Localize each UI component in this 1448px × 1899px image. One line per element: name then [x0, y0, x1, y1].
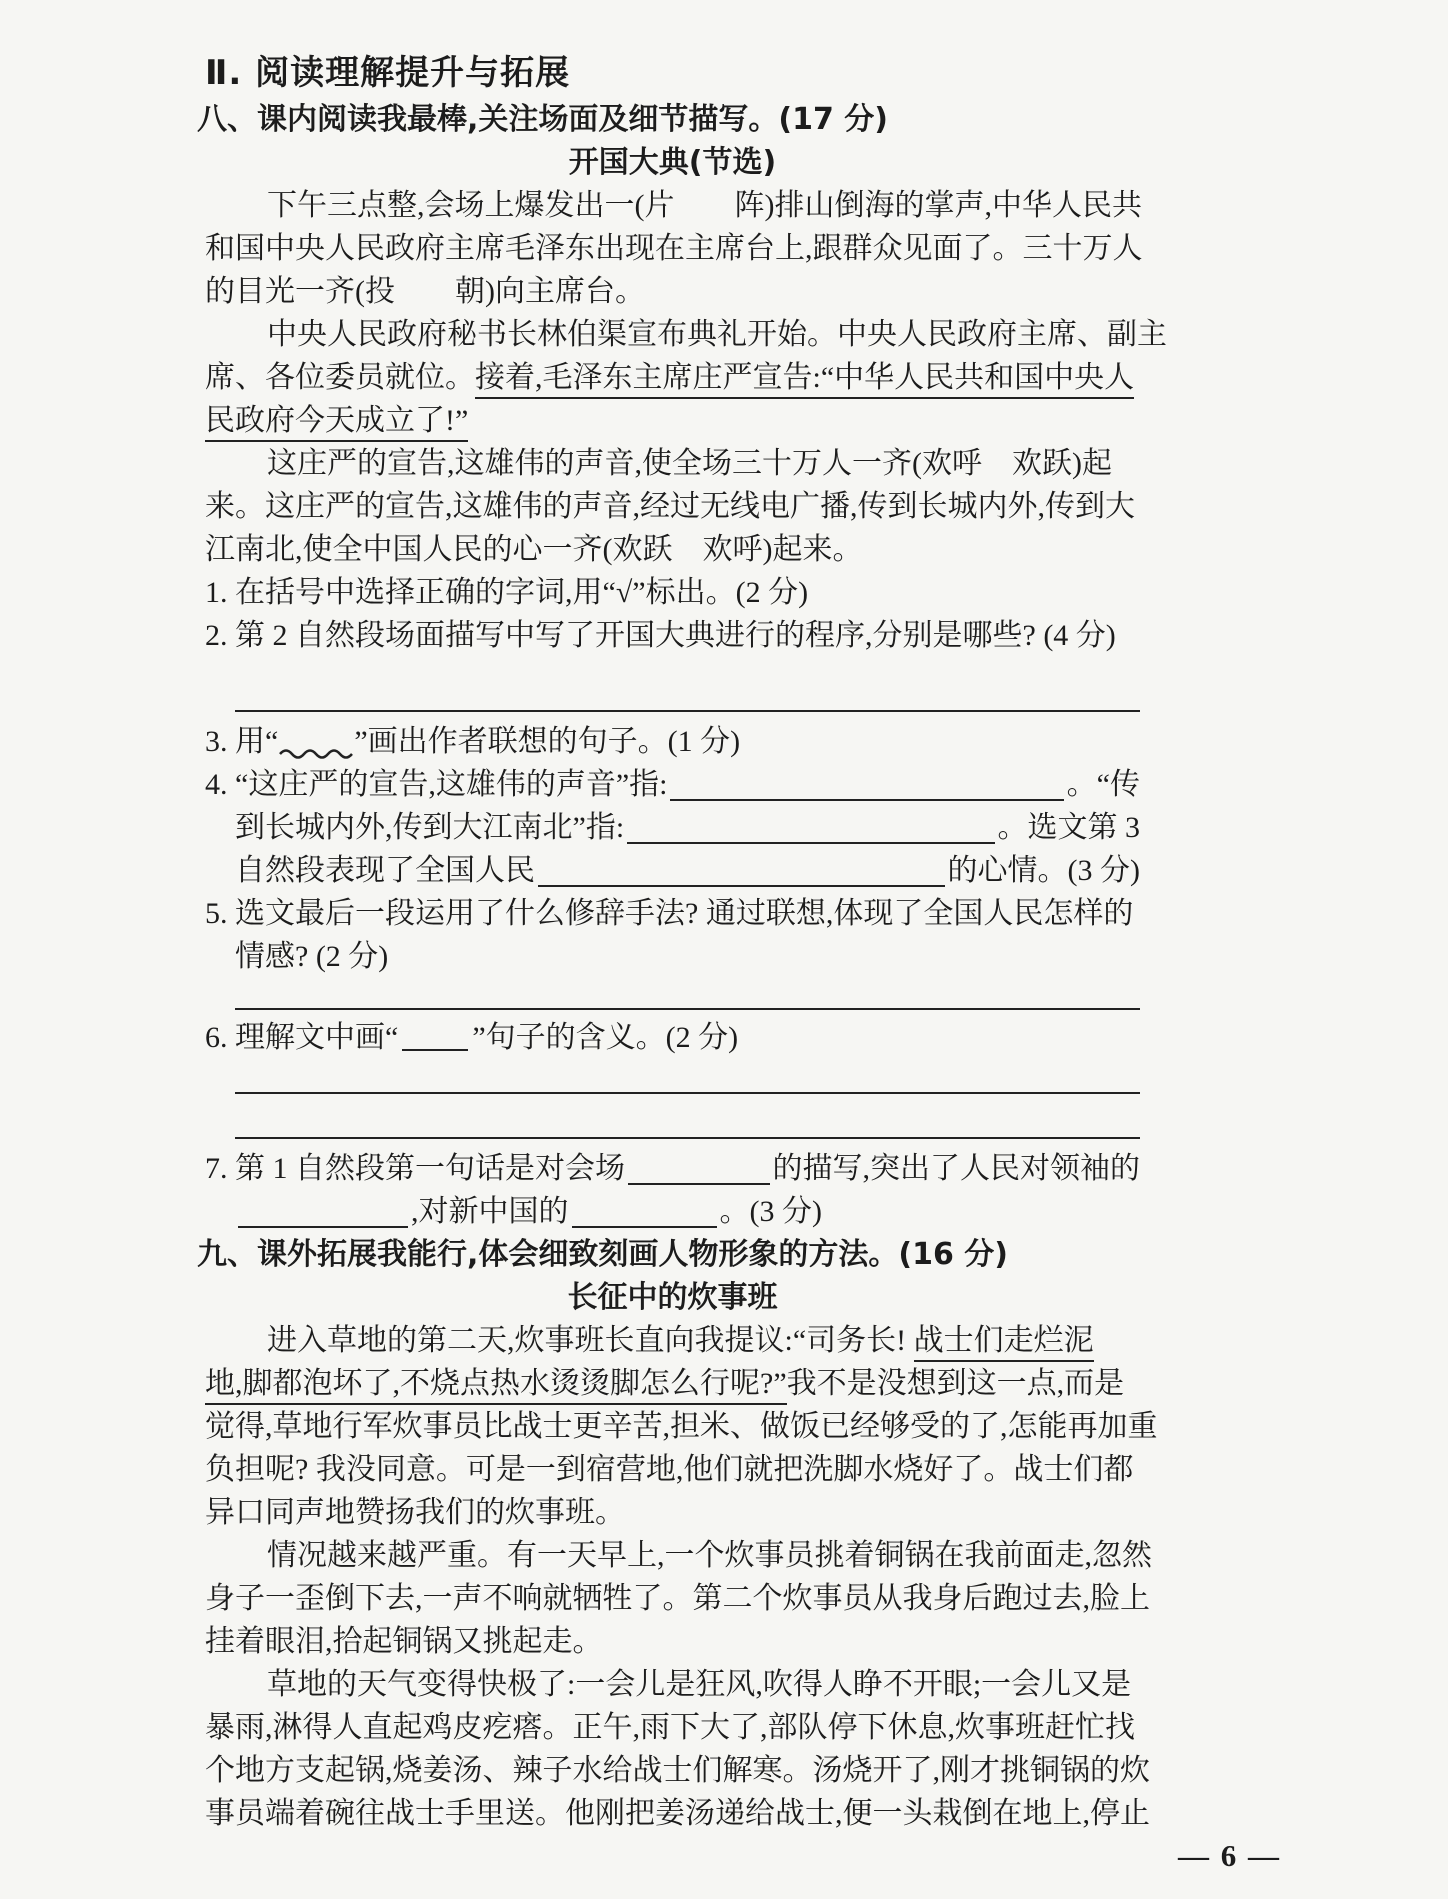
- passage-line: 中央人民政府秘书长林伯渠宣布典礼开始。中央人民政府主席、副主: [205, 313, 1140, 356]
- question-text: 2. 第 2 自然段场面描写中写了开国大典进行的程序,分别是哪些? (4 分): [205, 619, 1116, 652]
- passage-text: 身子一歪倒下去,一声不响就牺牲了。第二个炊事员从我身后跑过去,脸上: [205, 1582, 1150, 1615]
- passage-line: 负担呢? 我没同意。可是一到宿营地,他们就把洗脚水烧好了。战士们都: [205, 1448, 1140, 1491]
- passage1-title: 开国大典(节选): [205, 141, 1140, 184]
- worksheet-page: Ⅱ. 阅读理解提升与拓展 八、课内阅读我最棒,关注场面及细节描写。(17 分) …: [0, 0, 1448, 1899]
- answer-line: [235, 1069, 1140, 1094]
- passage-line: 挂着眼泪,拾起铜锅又挑起走。: [205, 1620, 1140, 1663]
- passage-text: 异口同声地赞扬我们的炊事班。: [205, 1496, 625, 1529]
- question-text: 。选文第 3: [998, 806, 1141, 849]
- passage-line: 和国中央人民政府主席毛泽东出现在主席台上,跟群众见面了。三十万人: [205, 227, 1140, 270]
- question-line: 5. 选文最后一段运用了什么修辞手法? 通过联想,体现了全国人民怎样的: [205, 892, 1140, 935]
- answer-blank: [627, 806, 994, 844]
- passage-text: 情况越来越严重。有一天早上,一个炊事员挑着铜锅在我前面走,忽然: [267, 1539, 1152, 1572]
- passage-line: 事员端着碗往战士手里送。他刚把姜汤递给战士,便一头栽倒在地上,停止: [205, 1792, 1140, 1835]
- passage-text: 暴雨,淋得人直起鸡皮疙瘩。正午,雨下大了,部队停下休息,炊事班赶忙找: [205, 1711, 1135, 1744]
- answer-blank: [572, 1190, 717, 1228]
- question-text: 6. 理解文中画“: [205, 1016, 398, 1059]
- question-text: 4. “这庄严的宣告,这雄伟的声音”指:: [205, 763, 667, 806]
- section9-heading: 九、课外拓展我能行,体会细致刻画人物形象的方法。(16 分): [197, 1233, 1140, 1276]
- underlined-sentence: 民政府今天成立了!”: [205, 404, 468, 442]
- passage-line: 江南北,使全中国人民的心一齐(欢跃 欢呼)起来。: [205, 528, 1140, 571]
- passage-text: 江南北,使全中国人民的心一齐(欢跃 欢呼)起来。: [205, 533, 862, 566]
- passage-text: 我不是没想到这一点,而是: [787, 1367, 1125, 1400]
- passage-text: 来。这庄严的宣告,这雄伟的声音,经过无线电广播,传到长城内外,传到大: [205, 490, 1135, 523]
- passage-text: 负担呢? 我没同意。可是一到宿营地,他们就把洗脚水烧好了。战士们都: [205, 1453, 1133, 1486]
- passage-text: 和国中央人民政府主席毛泽东出现在主席台上,跟群众见面了。三十万人: [205, 232, 1143, 265]
- passage-text: 的目光一齐(投 朝)向主席台。: [205, 275, 645, 308]
- passage-line: 这庄严的宣告,这雄伟的声音,使全场三十万人一齐(欢呼 欢跃)起: [205, 442, 1140, 485]
- passage-text: 这庄严的宣告,这雄伟的声音,使全场三十万人一齐(欢呼 欢跃)起: [267, 447, 1112, 480]
- question-line: ,对新中国的 。(3 分): [205, 1190, 1140, 1233]
- question-line: 1. 在括号中选择正确的字词,用“√”标出。(2 分): [205, 571, 1140, 614]
- passage-line: 个地方支起锅,烧姜汤、辣子水给战士们解寒。汤烧开了,刚才挑铜锅的炊: [205, 1749, 1140, 1792]
- passage-line: 下午三点整,会场上爆发出一(片 阵)排山倒海的掌声,中华人民共: [205, 184, 1140, 227]
- question-text: 的描写,突出了人民对领袖的: [773, 1147, 1141, 1190]
- question-line: 6. 理解文中画“ ”句子的含义。(2 分): [205, 1016, 1140, 1059]
- underlined-sentence: 战士们走烂泥: [914, 1324, 1094, 1362]
- passage-line: 草地的天气变得快极了:一会儿是狂风,吹得人睁不开眼;一会儿又是: [205, 1663, 1140, 1706]
- passage-line: 觉得,草地行军炊事员比战士更辛苦,担米、做饭已经够受的了,怎能再加重: [205, 1405, 1140, 1448]
- wavy-line-symbol: [278, 720, 354, 763]
- question-text: 自然段表现了全国人民: [235, 849, 535, 892]
- passage-line: 情况越来越严重。有一天早上,一个炊事员挑着铜锅在我前面走,忽然: [205, 1534, 1140, 1577]
- question-text: 3. 用“: [205, 720, 278, 763]
- passage-text: 下午三点整,会场上爆发出一(片 阵)排山倒海的掌声,中华人民共: [267, 189, 1142, 222]
- question-text: ”句子的含义。(2 分): [472, 1016, 738, 1059]
- question-text: 1. 在括号中选择正确的字词,用“√”标出。(2 分): [205, 576, 808, 609]
- passage-line: 身子一歪倒下去,一声不响就牺牲了。第二个炊事员从我身后跑过去,脸上: [205, 1577, 1140, 1620]
- passage-line: 的目光一齐(投 朝)向主席台。: [205, 270, 1140, 313]
- passage-line: 异口同声地赞扬我们的炊事班。: [205, 1491, 1140, 1534]
- passage-text: 挂着眼泪,拾起铜锅又挑起走。: [205, 1625, 603, 1658]
- answer-line: [235, 986, 1140, 1010]
- answer-blank: [670, 763, 1063, 801]
- question-text: 7. 第 1 自然段第一句话是对会场: [205, 1147, 625, 1190]
- passage2-title: 长征中的炊事班: [205, 1276, 1140, 1319]
- passage-line: 来。这庄严的宣告,这雄伟的声音,经过无线电广播,传到长城内外,传到大: [205, 485, 1140, 528]
- passage-text: 中央人民政府秘书长林伯渠宣布典礼开始。中央人民政府主席、副主: [267, 318, 1167, 351]
- answer-line: [235, 682, 1140, 712]
- answer-line: [235, 1094, 1140, 1139]
- question-text: 的心情。(3 分): [948, 849, 1140, 892]
- question-line: 7. 第 1 自然段第一句话是对会场 的描写,突出了人民对领袖的: [205, 1147, 1140, 1190]
- answer-blank: [628, 1147, 770, 1185]
- passage-line: 暴雨,淋得人直起鸡皮疙瘩。正午,雨下大了,部队停下休息,炊事班赶忙找: [205, 1706, 1140, 1749]
- passage-line: 进入草地的第二天,炊事班长直向我提议:“司务长! 战士们走烂泥: [205, 1319, 1140, 1362]
- question-line: 情感? (2 分): [205, 935, 1140, 978]
- question-line: 自然段表现了全国人民 的心情。(3 分): [205, 849, 1140, 892]
- passage-line: 地,脚都泡坏了,不烧点热水烫烫脚怎么行呢?”我不是没想到这一点,而是: [205, 1362, 1140, 1405]
- page-content: Ⅱ. 阅读理解提升与拓展 八、课内阅读我最棒,关注场面及细节描写。(17 分) …: [205, 48, 1140, 1835]
- question-text: 。“传: [1067, 763, 1140, 806]
- section2-heading: Ⅱ. 阅读理解提升与拓展: [205, 48, 1140, 98]
- question-line: 2. 第 2 自然段场面描写中写了开国大典进行的程序,分别是哪些? (4 分): [205, 614, 1140, 657]
- answer-blank: [238, 1190, 408, 1228]
- passage-text: 进入草地的第二天,炊事班长直向我提议:“司务长!: [267, 1324, 914, 1357]
- question-line: 3. 用“ ”画出作者联想的句子。(1 分): [205, 720, 1140, 763]
- question-text: 到长城内外,传到大江南北”指:: [235, 806, 624, 849]
- question-text: 。(3 分): [720, 1190, 822, 1233]
- question-text: 5. 选文最后一段运用了什么修辞手法? 通过联想,体现了全国人民怎样的: [205, 897, 1133, 930]
- question-text: ,对新中国的: [411, 1190, 569, 1233]
- question-line: 4. “这庄严的宣告,这雄伟的声音”指: 。“传: [205, 763, 1140, 806]
- question-text: ”画出作者联想的句子。(1 分): [354, 720, 740, 763]
- straight-line-symbol: [402, 1016, 468, 1051]
- page-number: — 6 —: [1178, 1838, 1281, 1874]
- question-line: 到长城内外,传到大江南北”指: 。选文第 3: [205, 806, 1140, 849]
- passage-text: 觉得,草地行军炊事员比战士更辛苦,担米、做饭已经够受的了,怎能再加重: [205, 1410, 1158, 1443]
- underlined-sentence: 接着,毛泽东主席庄严宣告:“中华人民共和国中央人: [475, 361, 1134, 399]
- passage-text: 个地方支起锅,烧姜汤、辣子水给战士们解寒。汤烧开了,刚才挑铜锅的炊: [205, 1754, 1150, 1787]
- answer-blank: [538, 849, 945, 887]
- underlined-sentence: 地,脚都泡坏了,不烧点热水烫烫脚怎么行呢?”: [205, 1367, 787, 1405]
- passage-text: 席、各位委员就位。: [205, 361, 475, 394]
- passage-text: 事员端着碗往战士手里送。他刚把姜汤递给战士,便一头栽倒在地上,停止: [205, 1797, 1150, 1830]
- passage-line: 民政府今天成立了!”: [205, 399, 1140, 442]
- passage-text: 草地的天气变得快极了:一会儿是狂风,吹得人睁不开眼;一会儿又是: [267, 1668, 1131, 1701]
- passage-line: 席、各位委员就位。接着,毛泽东主席庄严宣告:“中华人民共和国中央人: [205, 356, 1140, 399]
- section8-heading: 八、课内阅读我最棒,关注场面及细节描写。(17 分): [197, 98, 1140, 141]
- question-text: 情感? (2 分): [235, 940, 388, 973]
